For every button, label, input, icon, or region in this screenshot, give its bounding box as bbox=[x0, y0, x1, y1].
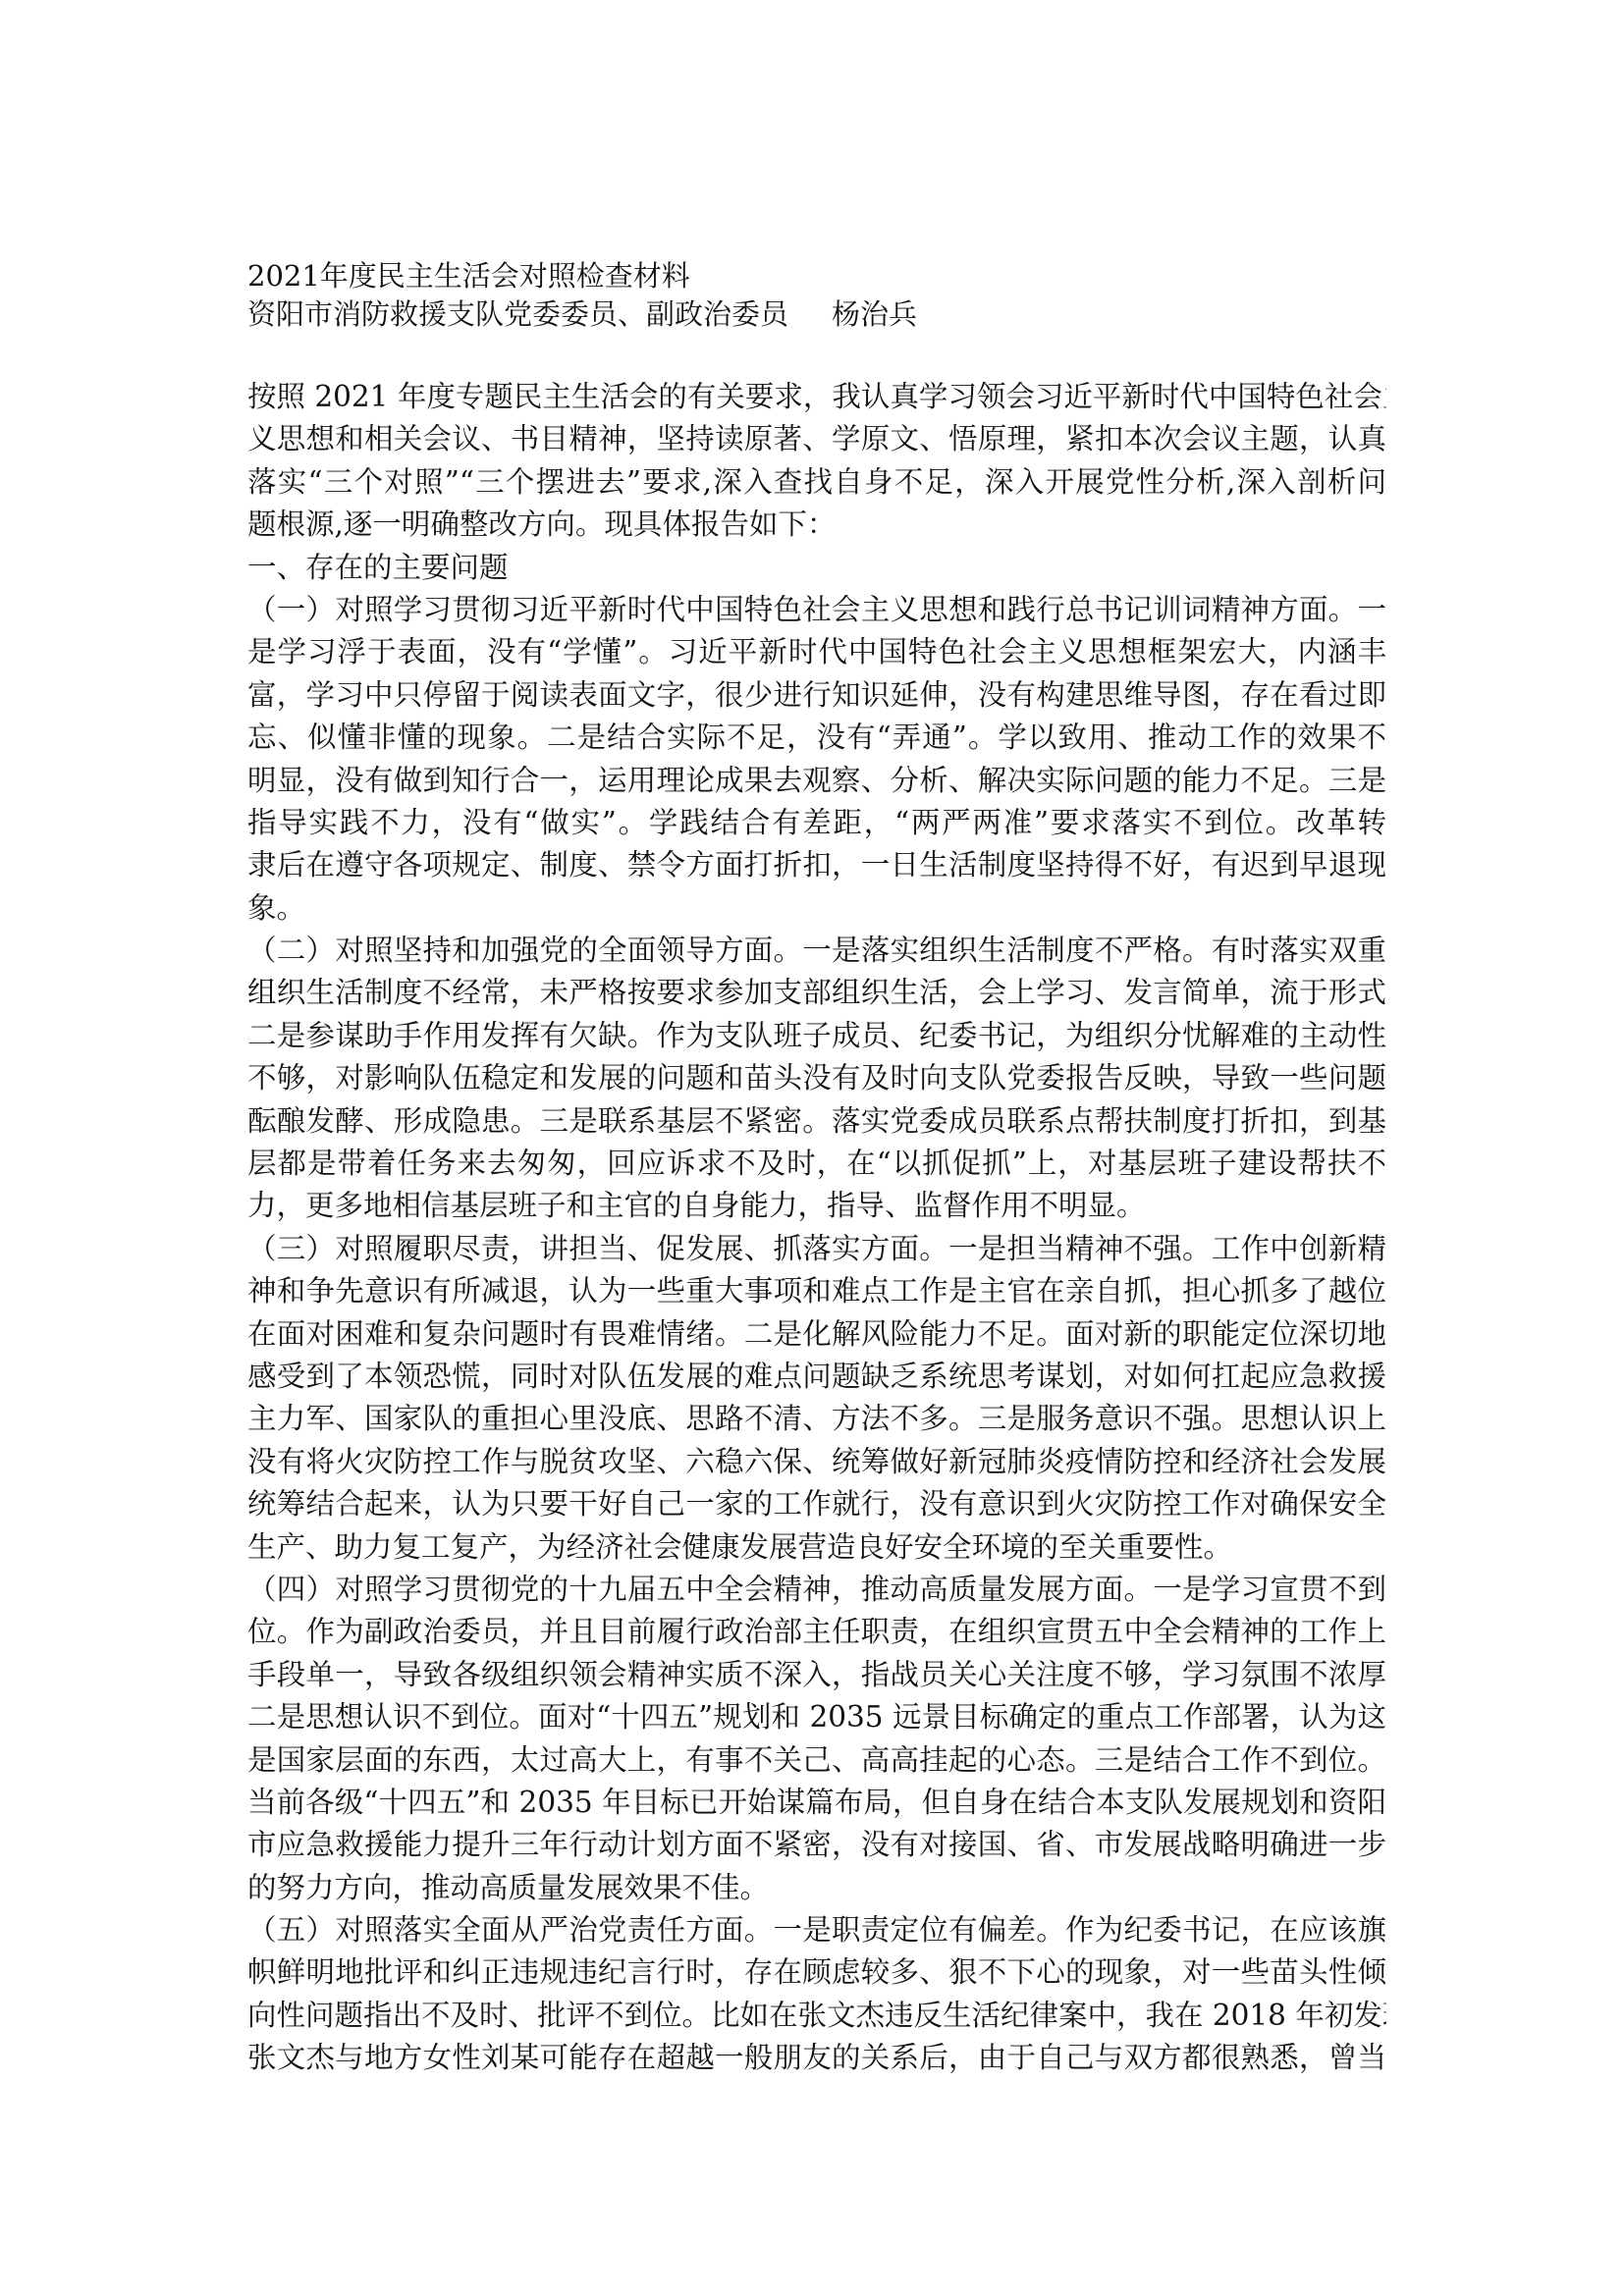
text-line: 二是参谋助手作用发挥有欠缺。作为支队班子成员、纪委书记，为组织分忧解难的主动性 bbox=[247, 1015, 1386, 1057]
text-line: 统筹结合起来，认为只要干好自己一家的工作就行，没有意识到火灾防控工作对确保安全 bbox=[247, 1483, 1386, 1525]
text-line: 生产、助力复工复产，为经济社会健康发展营造良好安全环境的至关重要性。 bbox=[247, 1526, 1386, 1569]
intro-paragraph: 按照 2021 年度专题民主生活会的有关要求，我认真学习领会习近平新时代中国特色… bbox=[247, 376, 1386, 547]
text-line: （四）对照学习贯彻党的十九届五中全会精神，推动高质量发展方面。一是学习宣贯不到 bbox=[247, 1569, 1386, 1611]
text-line: 二是思想认识不到位。面对“十四五”规划和 2035 远景目标确定的重点工作部署，… bbox=[247, 1696, 1386, 1738]
text-line: 市应急救援能力提升三年行动计划方面不紧密，没有对接国、省、市发展战略明确进一步 bbox=[247, 1824, 1386, 1866]
text-line: （二）对照坚持和加强党的全面领导方面。一是落实组织生活制度不严格。有时落实双重 bbox=[247, 930, 1386, 972]
author-unit: 资阳市消防救援支队党委委员、副政治委员 bbox=[247, 297, 788, 331]
text-line: 象。 bbox=[247, 887, 1386, 930]
text-line: 组织生活制度不经常，未严格按要求参加支部组织生活，会上学习、发言简单，流于形式 bbox=[247, 972, 1386, 1014]
text-line: （三）对照履职尽责，讲担当、促发展、抓落实方面。一是担当精神不强。工作中创新精 bbox=[247, 1228, 1386, 1270]
author-line: 资阳市消防救援支队党委委员、副政治委员杨治兵 bbox=[247, 295, 1386, 334]
text-line: 位。作为副政治委员，并且目前履行政治部主任职责，在组织宣贯五中全会精神的工作上 bbox=[247, 1611, 1386, 1653]
text-line: 是学习浮于表面，没有“学懂”。习近平新时代中国特色社会主义思想框架宏大，内涵丰 bbox=[247, 631, 1386, 673]
text-line: 不够，对影响队伍稳定和发展的问题和苗头没有及时向支队党委报告反映，导致一些问题 bbox=[247, 1057, 1386, 1099]
subsection-2: （二）对照坚持和加强党的全面领导方面。一是落实组织生活制度不严格。有时落实双重 … bbox=[247, 930, 1386, 1228]
text-line: （五）对照落实全面从严治党责任方面。一是职责定位有偏差。作为纪委书记，在应该旗 bbox=[247, 1909, 1386, 1951]
subsection-4: （四）对照学习贯彻党的十九届五中全会精神，推动高质量发展方面。一是学习宣贯不到 … bbox=[247, 1569, 1386, 1909]
text-line: 感受到了本领恐慌，同时对队伍发展的难点问题缺乏系统思考谋划，对如何扛起应急救援 bbox=[247, 1356, 1386, 1398]
text-line: 按照 2021 年度专题民主生活会的有关要求，我认真学习领会习近平新时代中国特色… bbox=[247, 376, 1386, 418]
text-line: 落实“三个对照”“三个摆进去”要求,深入查找自身不足，深入开展党性分析,深入剖析… bbox=[247, 461, 1386, 504]
text-line: 富，学习中只停留于阅读表面文字，很少进行知识延伸，没有构建思维导图，存在看过即 bbox=[247, 674, 1386, 717]
document-title: 2021年度民主生活会对照检查材料 bbox=[247, 257, 1386, 295]
text-line: 向性问题指出不及时、批评不到位。比如在张文杰违反生活纪律案中，我在 2018 年… bbox=[247, 1995, 1386, 2037]
text-line: 义思想和相关会议、书目精神，坚持读原著、学原文、悟原理，紧扣本次会议主题，认真 bbox=[247, 418, 1386, 460]
subsection-1: （一）对照学习贯彻习近平新时代中国特色社会主义思想和践行总书记训词精神方面。一 … bbox=[247, 589, 1386, 930]
text-line: 神和争先意识有所减退，认为一些重大事项和难点工作是主官在亲自抓，担心抓多了越位 bbox=[247, 1270, 1386, 1312]
text-line: 的努力方向，推动高质量发展效果不佳。 bbox=[247, 1867, 1386, 1909]
text-line: 酝酿发酵、形成隐患。三是联系基层不紧密。落实党委成员联系点帮扶制度打折扣，到基 bbox=[247, 1100, 1386, 1143]
text-line: 帜鲜明地批评和纠正违规违纪言行时，存在顾虑较多、狠不下心的现象，对一些苗头性倾 bbox=[247, 1951, 1386, 1994]
author-name: 杨治兵 bbox=[832, 297, 917, 331]
text-line: 忘、似懂非懂的现象。二是结合实际不足，没有“弄通”。学以致用、推动工作的效果不 bbox=[247, 717, 1386, 759]
text-line: 手段单一，导致各级组织领会精神实质不深入，指战员关心关注度不够，学习氛围不浓厚 bbox=[247, 1654, 1386, 1696]
text-line: 张文杰与地方女性刘某可能存在超越一般朋友的关系后，由于自己与双方都很熟悉，曾当 bbox=[247, 2037, 1386, 2079]
text-line: 题根源,逐一明确整改方向。现具体报告如下： bbox=[247, 504, 1386, 546]
subsection-5: （五）对照落实全面从严治党责任方面。一是职责定位有偏差。作为纪委书记，在应该旗 … bbox=[247, 1909, 1386, 2080]
text-line: 是国家层面的东西，太过高大上，有事不关己、高高挂起的心态。三是结合工作不到位。 bbox=[247, 1739, 1386, 1782]
text-line: （一）对照学习贯彻习近平新时代中国特色社会主义思想和践行总书记训词精神方面。一 bbox=[247, 589, 1386, 631]
text-line: 层都是带着任务来去匆匆，回应诉求不及时，在“以抓促抓”上，对基层班子建设帮扶不 bbox=[247, 1143, 1386, 1185]
text-line: 当前各级“十四五”和 2035 年目标已开始谋篇布局，但自身在结合本支队发展规划… bbox=[247, 1782, 1386, 1824]
document-body: 按照 2021 年度专题民主生活会的有关要求，我认真学习领会习近平新时代中国特色… bbox=[247, 376, 1386, 2080]
subsection-3: （三）对照履职尽责，讲担当、促发展、抓落实方面。一是担当精神不强。工作中创新精 … bbox=[247, 1228, 1386, 1569]
text-line: 力，更多地相信基层班子和主官的自身能力，指导、监督作用不明显。 bbox=[247, 1185, 1386, 1227]
text-line: 明显，没有做到知行合一，运用理论成果去观察、分析、解决实际问题的能力不足。三是 bbox=[247, 760, 1386, 802]
text-line: 隶后在遵守各项规定、制度、禁令方面打折扣，一日生活制度坚持得不好，有迟到早退现 bbox=[247, 844, 1386, 886]
document-page: 2021年度民主生活会对照检查材料 资阳市消防救援支队党委委员、副政治委员杨治兵… bbox=[0, 0, 1624, 2296]
section-heading: 一、存在的主要问题 bbox=[247, 547, 1386, 589]
text-line: 没有将火灾防控工作与脱贫攻坚、六稳六保、统筹做好新冠肺炎疫情防控和经济社会发展 bbox=[247, 1441, 1386, 1483]
text-line: 主力军、国家队的重担心里没底、思路不清、方法不多。三是服务意识不强。思想认识上 bbox=[247, 1398, 1386, 1440]
text-line: 指导实践不力，没有“做实”。学践结合有差距，“两严两准”要求落实不到位。改革转 bbox=[247, 802, 1386, 844]
document-header: 2021年度民主生活会对照检查材料 资阳市消防救援支队党委委员、副政治委员杨治兵 bbox=[247, 257, 1386, 334]
text-line: 在面对困难和复杂问题时有畏难情绪。二是化解风险能力不足。面对新的职能定位深切地 bbox=[247, 1313, 1386, 1356]
